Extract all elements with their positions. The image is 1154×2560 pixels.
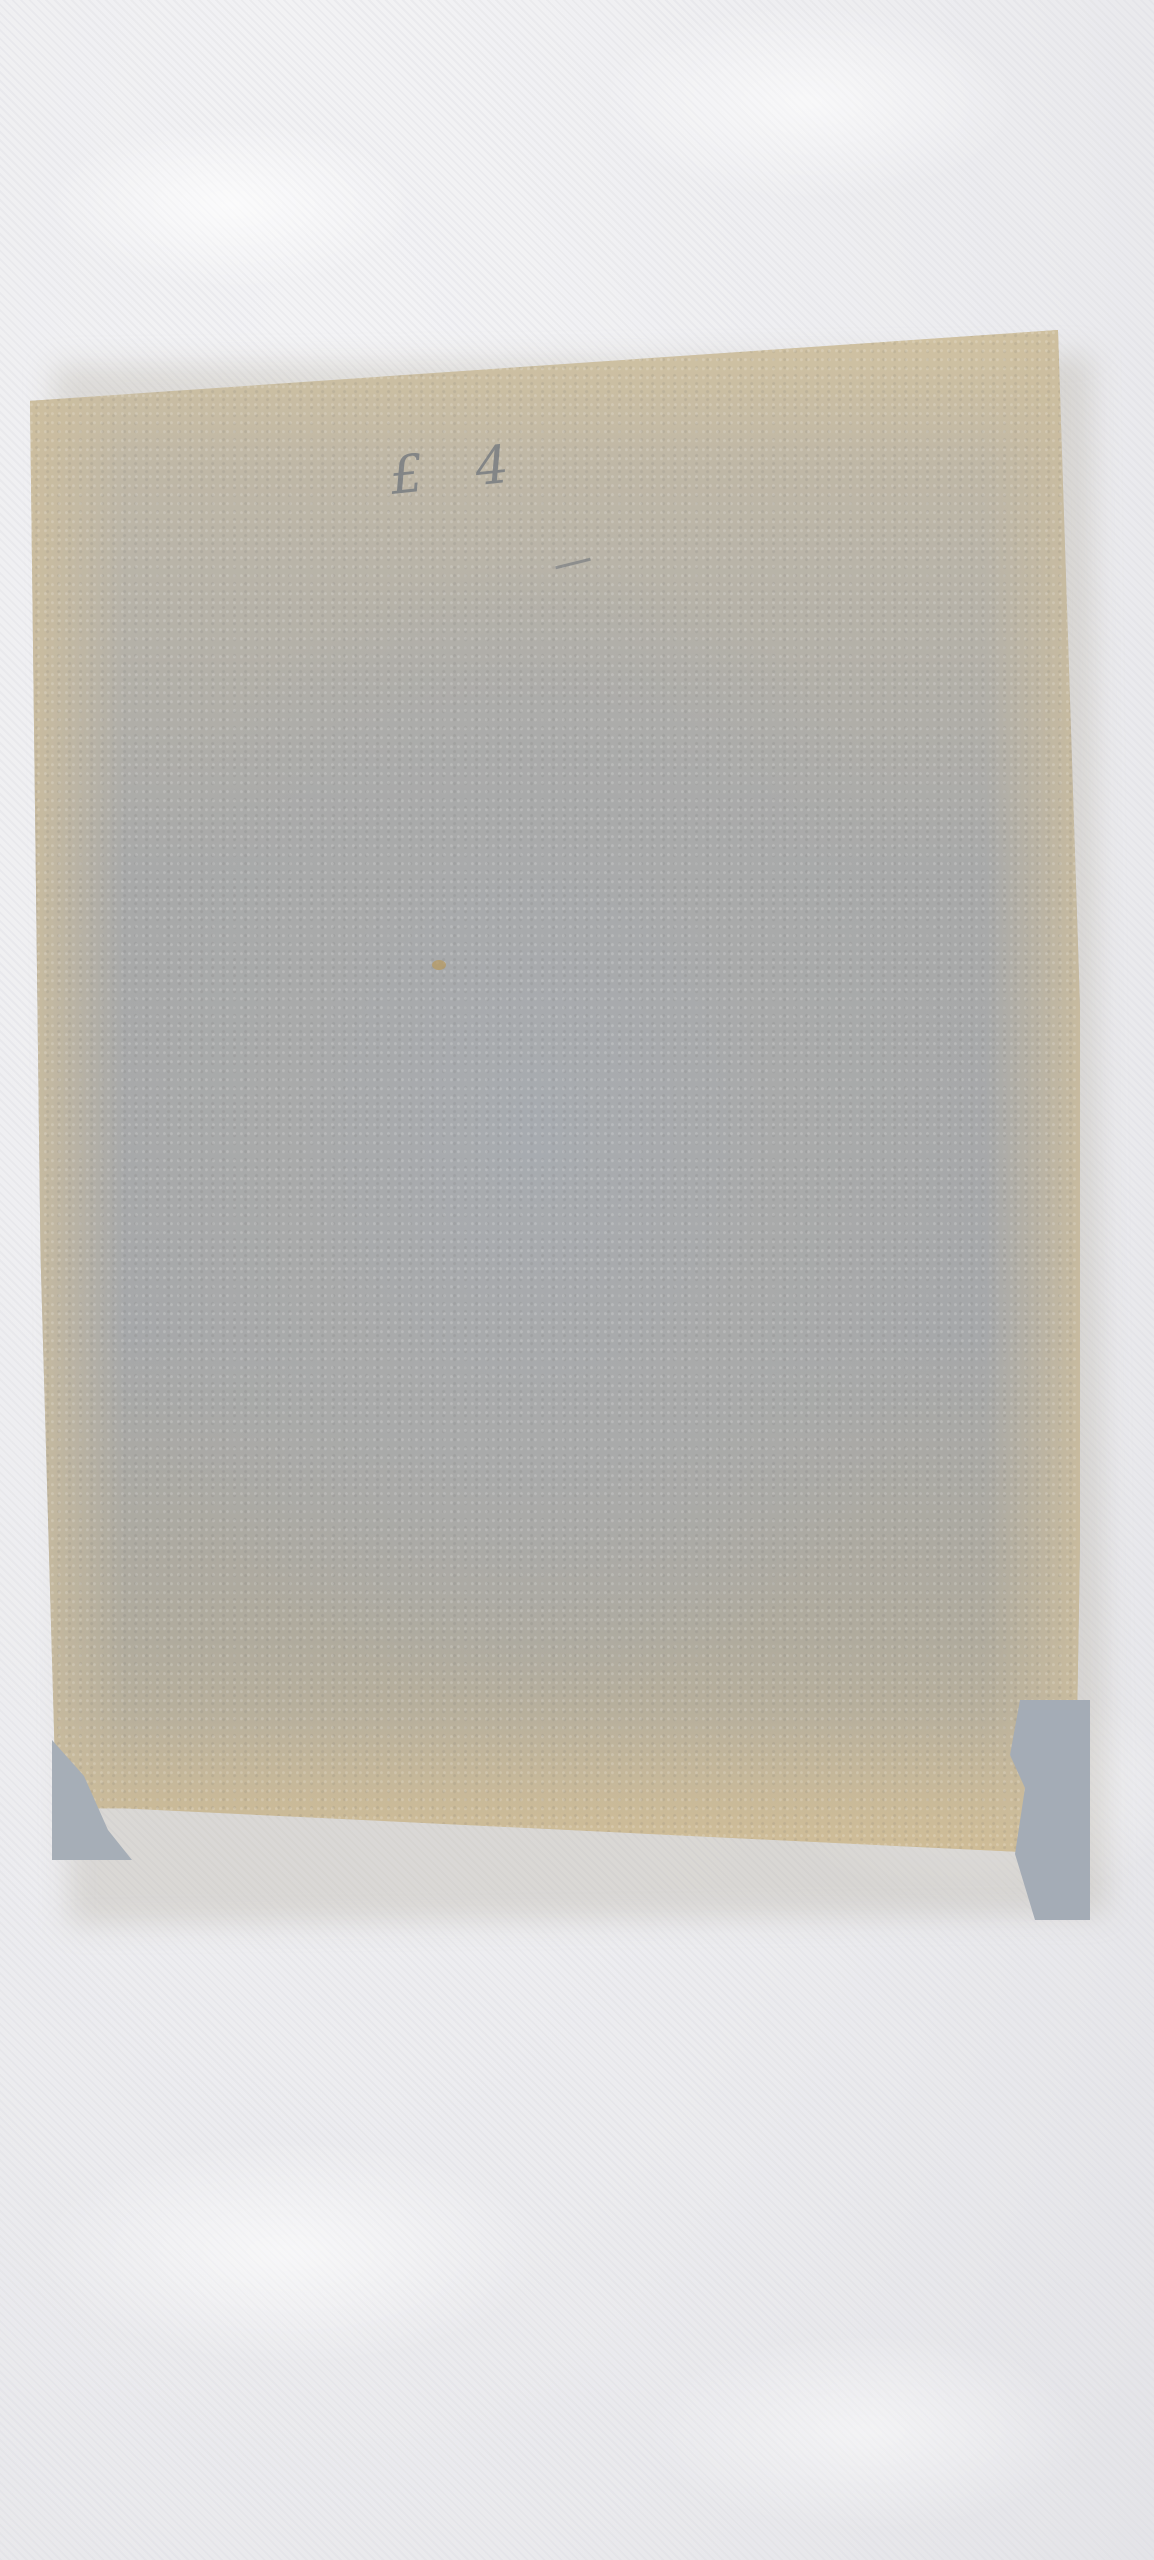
book-back-cover (30, 330, 1080, 1870)
paper-stain (432, 960, 446, 970)
